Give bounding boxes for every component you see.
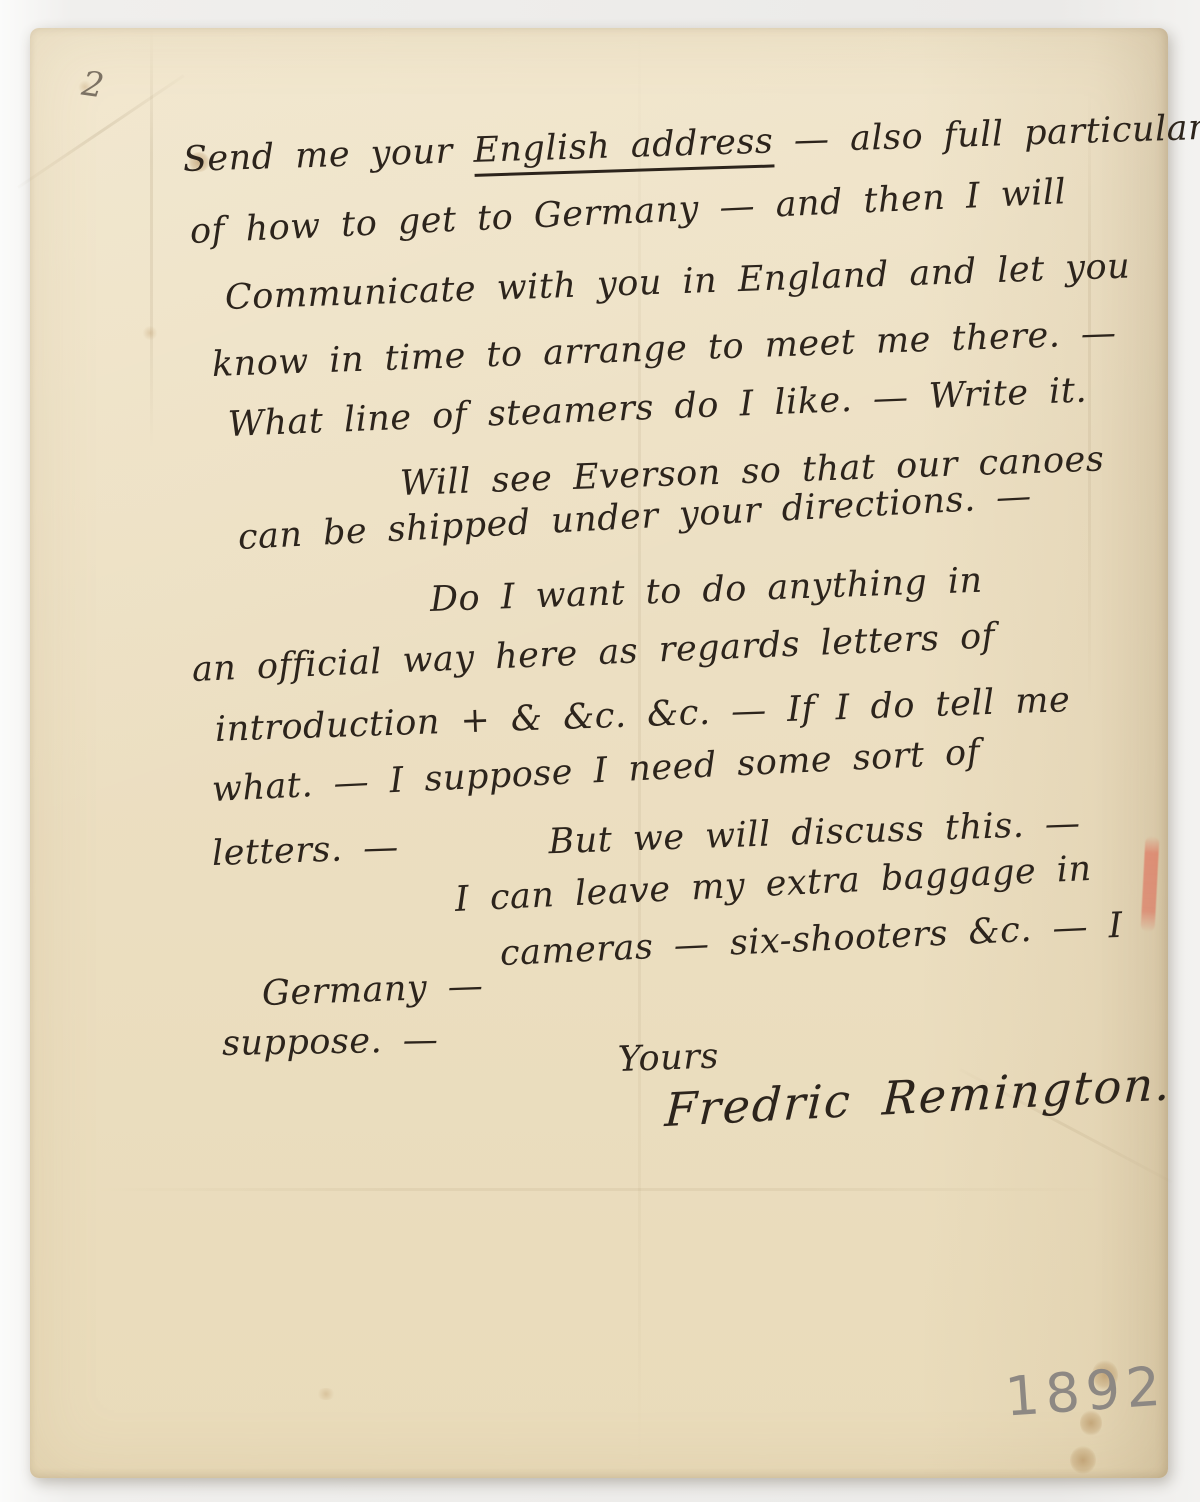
foxing-spot [316,1388,336,1400]
letter-line-15: suppose. — [222,1020,439,1064]
letter-line-8: Do I want to do anything in [429,561,983,621]
foxing-spot [142,326,158,340]
letter-closing: Yours [617,1036,719,1080]
letter-line-14-left: Germany — [261,966,484,1014]
line1-pre: Send me your [182,131,474,180]
letter-line-9: an official way here as regards letters … [191,616,996,690]
year-annotation: 1892 [1003,1354,1168,1428]
glue-stain [1070,1446,1096,1474]
line12-left: letters. — [211,827,399,873]
scanned-letter-photo: 2 Send me your English address — also fu… [0,0,1200,1502]
horizontal-fold-crease [90,1188,1110,1191]
crease-line [150,28,153,448]
line1-underlined-phrase: English address [473,121,774,176]
crease-line [1088,88,1091,708]
line12-gap [399,853,549,858]
letter-paper: 2 Send me your English address — also fu… [30,28,1168,1478]
page-number: 2 [79,64,106,107]
